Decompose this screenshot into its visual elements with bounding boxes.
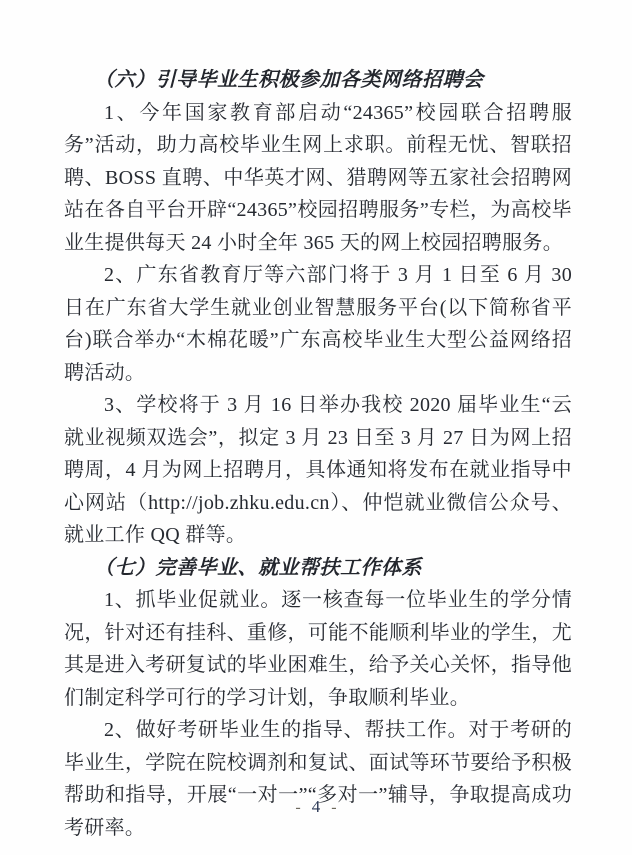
section-seven-heading: （七）完善毕业、就业帮扶工作体系: [64, 552, 572, 585]
section-seven-paragraph-2: 2、做好考研毕业生的指导、帮扶工作。对于考研的毕业生，学院在院校调剂和复试、面试…: [64, 714, 572, 844]
page-footer: -4-: [0, 795, 632, 820]
footer-dash-right: -: [331, 799, 336, 816]
document-content: （六）引导毕业生积极参加各类网络招聘会 1、今年国家教育部启动“24365”校园…: [64, 64, 572, 844]
section-six: （六）引导毕业生积极参加各类网络招聘会 1、今年国家教育部启动“24365”校园…: [64, 64, 572, 552]
page-number: 4: [301, 797, 332, 816]
document-page: （六）引导毕业生积极参加各类网络招聘会 1、今年国家教育部启动“24365”校园…: [0, 0, 632, 855]
section-seven-paragraph-1: 1、抓毕业促就业。逐一核查每一位毕业生的学分情况，针对还有挂科、重修，可能不能顺…: [64, 584, 572, 714]
section-six-paragraph-2: 2、广东省教育厅等六部门将于 3 月 1 日至 6 月 30 日在广东省大学生就…: [64, 259, 572, 389]
footer-dash-left: -: [295, 799, 300, 816]
section-six-paragraph-1: 1、今年国家教育部启动“24365”校园联合招聘服务”活动，助力高校毕业生网上求…: [64, 97, 572, 260]
section-six-paragraph-3: 3、学校将于 3 月 16 日举办我校 2020 届毕业生“云就业视频双选会”，…: [64, 389, 572, 552]
section-six-heading: （六）引导毕业生积极参加各类网络招聘会: [64, 64, 572, 97]
